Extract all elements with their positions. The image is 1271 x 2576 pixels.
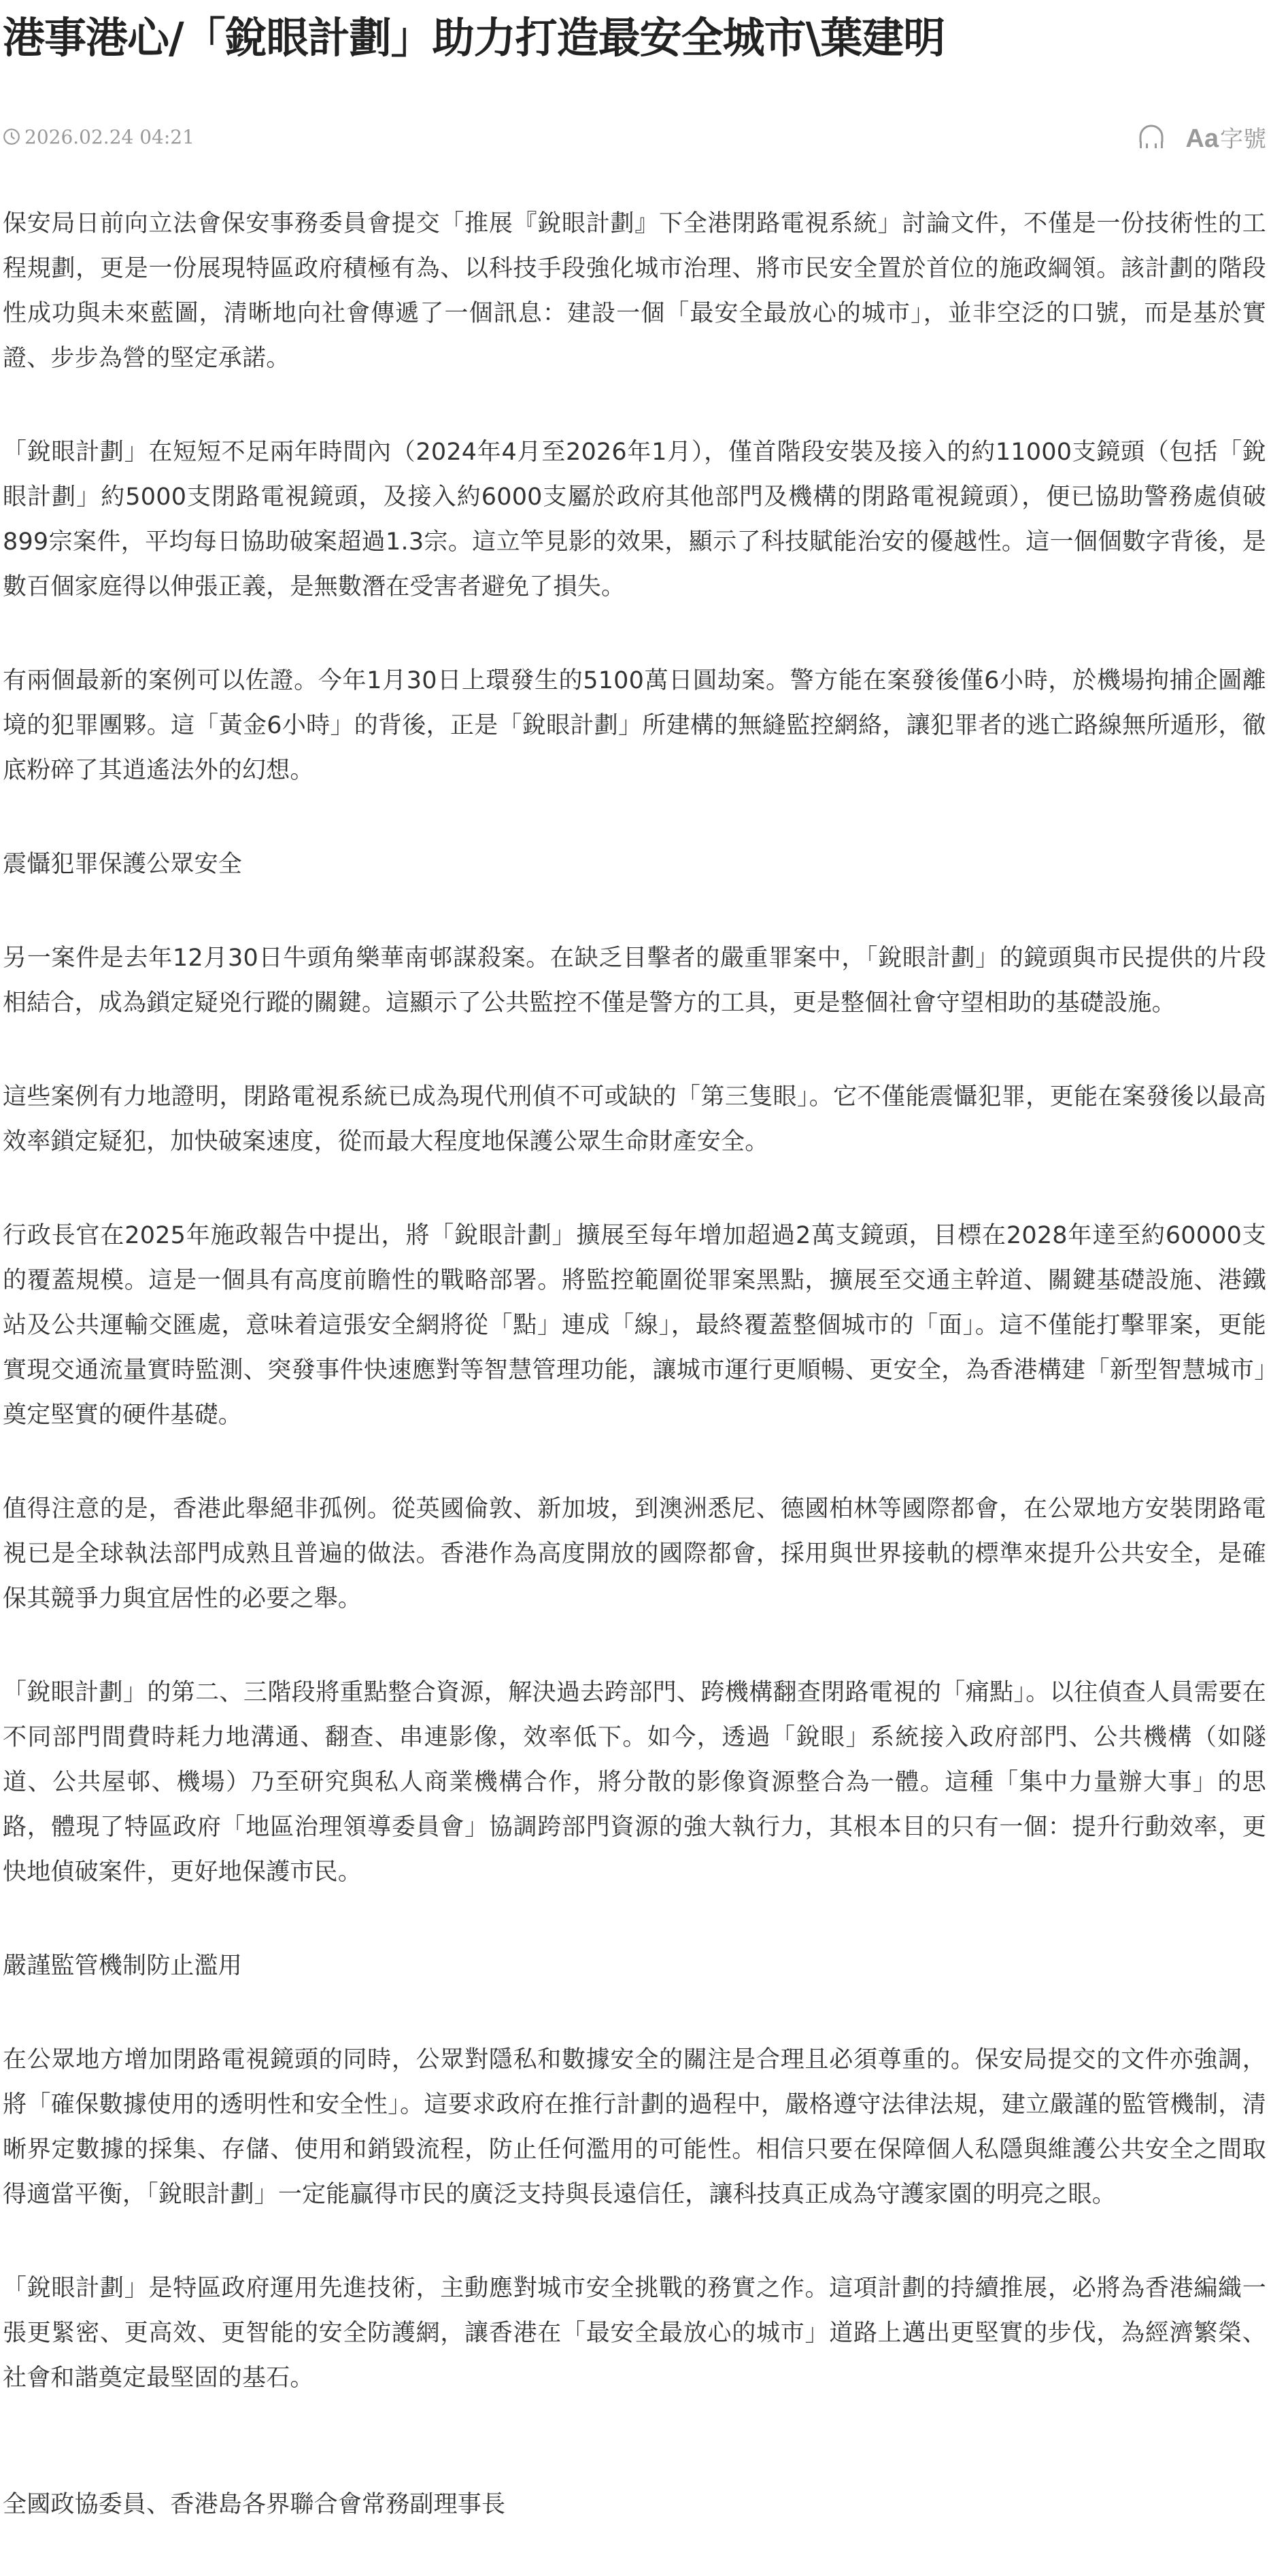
paragraph: 這些案例有力地證明，閉路電視系統已成為現代刑偵不可或缺的「第三隻眼」。它不僅能震… — [3, 1074, 1266, 1164]
author-byline: 全國政協委員、香港島各界聯合會常務副理事長 — [3, 2482, 1266, 2527]
paragraph: 「銳眼計劃」在短短不足兩年時間內（2024年4月至2026年1月），僅首階段安裝… — [3, 430, 1266, 609]
clock-icon — [3, 128, 20, 146]
paragraph: 「銳眼計劃」的第二、三階段將重點整合資源，解決過去跨部門、跨機構翻查閉路電視的「… — [3, 1670, 1266, 1895]
paragraph: 另一案件是去年12月30日牛頭角樂華南邨謀殺案。在缺乏目擊者的嚴重罪案中，「銳眼… — [3, 936, 1266, 1026]
section-subheading: 震懾犯罪保護公眾安全 — [3, 842, 1266, 887]
paragraph: 值得注意的是，香港此舉絕非孤例。從英國倫敦、新加坡，到澳洲悉尼、德國柏林等國際都… — [3, 1487, 1266, 1621]
article-meta: 2026.02.24 04:21 Aa 字號 — [3, 113, 1266, 160]
publish-info: 2026.02.24 04:21 — [3, 126, 194, 148]
section-subheading: 嚴謹監管機制防止濫用 — [3, 1944, 1266, 1988]
paragraph: 「銳眼計劃」是特區政府運用先進技術，主動應對城市安全挑戰的務實之作。這項計劃的持… — [3, 2266, 1266, 2401]
article-tools: Aa 字號 — [1136, 120, 1266, 154]
font-size-button[interactable]: Aa 字號 — [1185, 120, 1266, 154]
article-title: 港事港心/「銳眼計劃」助力打造最安全城市\葉建明 — [3, 5, 1266, 65]
font-size-label: 字號 — [1220, 120, 1266, 154]
article: 港事港心/「銳眼計劃」助力打造最安全城市\葉建明 2026.02.24 04:2… — [0, 5, 1266, 2527]
publish-timestamp: 2026.02.24 04:21 — [24, 126, 194, 148]
paragraph: 行政長官在2025年施政報告中提出，將「銳眼計劃」擴展至每年增加超過2萬支鏡頭，… — [3, 1213, 1266, 1438]
paragraph: 在公眾地方增加閉路電視鏡頭的同時，公眾對隱私和數據安全的關注是合理且必須尊重的。… — [3, 2037, 1266, 2217]
paragraph: 保安局日前向立法會保安事務委員會提交「推展『銳眼計劃』下全港閉路電視系統」討論文… — [3, 201, 1266, 381]
headphones-icon[interactable] — [1136, 122, 1166, 152]
article-body: 保安局日前向立法會保安事務委員會提交「推展『銳眼計劃』下全港閉路電視系統」討論文… — [3, 201, 1266, 2527]
paragraph: 有兩個最新的案例可以佐證。今年1月30日上環發生的5100萬日圓劫案。警方能在案… — [3, 658, 1266, 793]
font-size-icon: Aa — [1185, 124, 1219, 154]
